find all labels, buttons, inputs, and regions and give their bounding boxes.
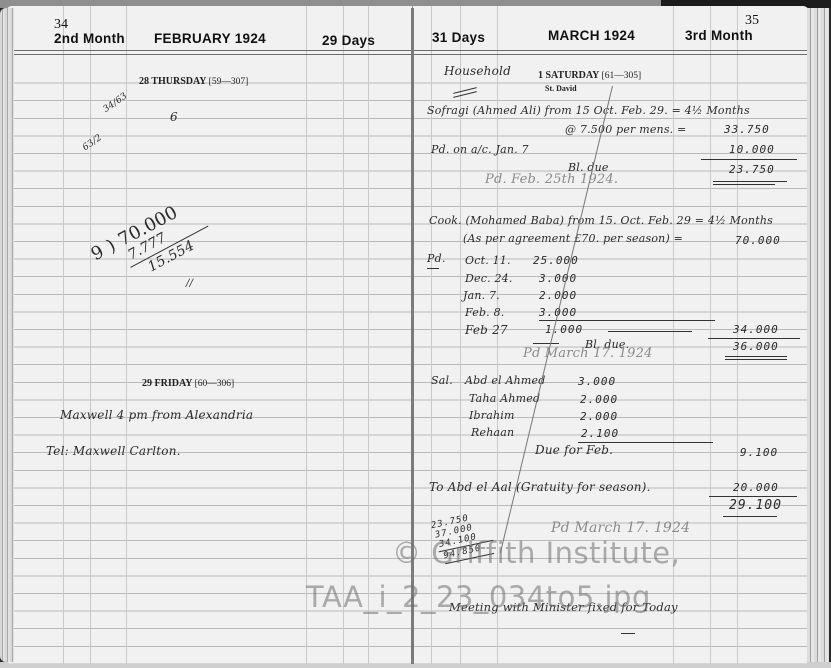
month-ordinal: 2nd Month	[54, 31, 125, 46]
sofragi-paid-label: Pd. on a/c. Jan. 7	[431, 143, 529, 156]
cook-payment-amount: 3.000	[539, 272, 577, 285]
sofragi-paid-note: Pd. Feb. 25th 1924.	[485, 172, 618, 187]
month-title: MARCH 1924	[548, 28, 635, 43]
salaries-due-label: Due for Feb.	[535, 443, 613, 457]
watermark-filename: TAA_i_2_23_034to5.jpg	[306, 580, 651, 614]
paid-march-note: Pd March 17. 1924	[551, 520, 690, 536]
cook-payment-date: Oct. 11.	[465, 254, 511, 267]
header-rule	[413, 50, 809, 55]
days-count: 29 Days	[322, 33, 375, 48]
handwritten-note: 6	[170, 110, 178, 124]
gratuity-amount: 20.000	[733, 481, 779, 494]
cook-payment-amount: 2.000	[539, 289, 577, 302]
cook-paid-label: Pd.	[427, 252, 446, 265]
cook-payment-date: Feb. 8.	[465, 306, 504, 319]
cook-amount: 70.000	[735, 234, 781, 247]
salary-amount: 2.000	[580, 410, 618, 423]
page-edges-right	[807, 8, 829, 662]
grand-total: 29.100	[729, 498, 782, 513]
gratuity-label: To Abd el Aal (Gratuity for season).	[429, 480, 651, 494]
month-title: FEBRUARY 1924	[154, 31, 266, 46]
salary-amount: 2.000	[580, 393, 618, 406]
page-edges-left	[0, 8, 14, 662]
cook-paid-note: Pd March 17. 1924	[523, 346, 653, 361]
salaries-label: Sal.	[431, 374, 453, 387]
days-count: 31 Days	[432, 30, 485, 45]
cook-balance: 36.000	[733, 340, 779, 353]
salary-name: Rehaan	[471, 426, 514, 439]
handwritten-note: Tel: Maxwell Carlton.	[46, 444, 181, 458]
diary-page-february: 34 2nd Month FEBRUARY 1924 29 Days 28 TH…	[6, 6, 412, 664]
cook-payment-amount: 1.000	[545, 323, 583, 336]
saint-day: St. David	[545, 84, 577, 93]
day-heading-saturday: 1 SATURDAY [61—305]	[538, 70, 641, 81]
handwritten-note: Maxwell 4 pm from Alexandria	[60, 408, 253, 422]
cook-payment-date: Feb 27	[465, 323, 508, 337]
handwritten-mark: //	[186, 278, 193, 289]
sofragi-balance: 23.750	[729, 163, 775, 176]
salary-name: Taha Ahmed	[469, 392, 540, 405]
watermark-copyright: © Griffith Institute,	[392, 536, 680, 570]
cook-total-paid: 34.000	[733, 323, 779, 336]
salary-name: Ibrahim	[469, 409, 515, 422]
salary-amount: 3.000	[578, 375, 616, 388]
cook-line: Cook. (Mohamed Baba) from 15. Oct. Feb. …	[429, 214, 773, 227]
month-ordinal: 3rd Month	[685, 28, 753, 43]
ruled-lines	[6, 66, 412, 664]
salaries-due-amount: 9.100	[740, 446, 778, 459]
cook-payment-date: Jan. 7.	[463, 289, 500, 302]
sofragi-amount: 33.750	[724, 123, 770, 136]
salary-amount: 2.100	[581, 427, 619, 440]
margin-heading: Household	[444, 64, 511, 78]
day-heading-thursday: 28 THURSDAY [59—307]	[139, 76, 248, 87]
cook-payment-date: Dec. 24.	[465, 272, 513, 285]
page-number: 35	[745, 13, 759, 29]
salary-name: Abd el Ahmed	[465, 374, 545, 387]
header-rule	[6, 50, 412, 55]
sofragi-rate: @ 7.500 per mens. =	[565, 123, 686, 136]
sofragi-line: Sofragi (Ahmed Ali) from 15 Oct. Feb. 29…	[427, 104, 750, 117]
day-heading-friday: 29 FRIDAY [60—306]	[142, 378, 234, 389]
sofragi-paid-amount: 10.000	[729, 143, 775, 156]
